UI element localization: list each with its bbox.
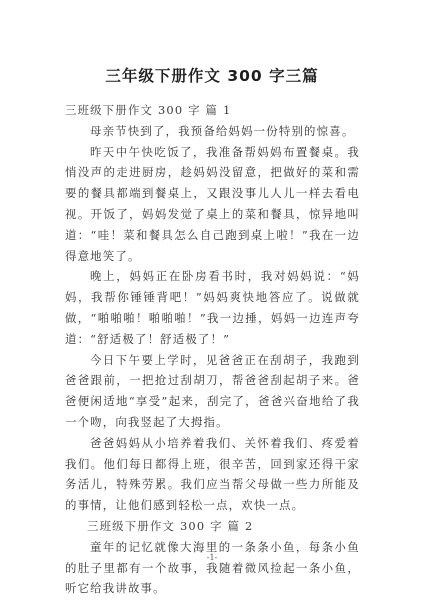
paragraph: 爸爸妈妈从小培养着我们、关怀着我们、疼爱着我们。他们每日都得上班，很辛苦，回到家… — [65, 433, 360, 516]
paragraph: 晚上，妈妈正在卧房看书时，我对妈妈说：“妈妈，我帮你锤锤背吧！”妈妈爽快地答应了… — [65, 266, 360, 349]
document-title: 三年级下册作文 300 字三篇 — [0, 66, 424, 86]
paragraph: 昨天中午快吃饭了，我准备帮妈妈布置餐桌。我悄没声的走进厨房，趁妈妈没留意，把做好… — [65, 142, 360, 267]
page-number: -1- — [0, 553, 424, 562]
paragraph: 今日下午要上学时，见爸爸正在刮胡子，我跑到爸爸跟前，一把抢过刮胡刀，帮爸爸刮起胡… — [65, 350, 360, 433]
section-heading-1: 三班级下册作文 300 字 篇 1 — [65, 100, 360, 121]
document-page: 三年级下册作文 300 字三篇 三班级下册作文 300 字 篇 1 母亲节快到了… — [0, 0, 424, 600]
paragraph: 母亲节快到了，我预备给妈妈一份特别的惊喜。 — [65, 121, 360, 142]
paragraph: 童年的记忆就像大海里的一条条小鱼，每条小鱼的肚子里都有一个故事，我随着微风捡起一… — [65, 537, 360, 599]
section-heading-2: 三班级下册作文 300 字 篇 2 — [65, 516, 360, 537]
document-body: 三班级下册作文 300 字 篇 1 母亲节快到了，我预备给妈妈一份特别的惊喜。 … — [65, 100, 360, 599]
